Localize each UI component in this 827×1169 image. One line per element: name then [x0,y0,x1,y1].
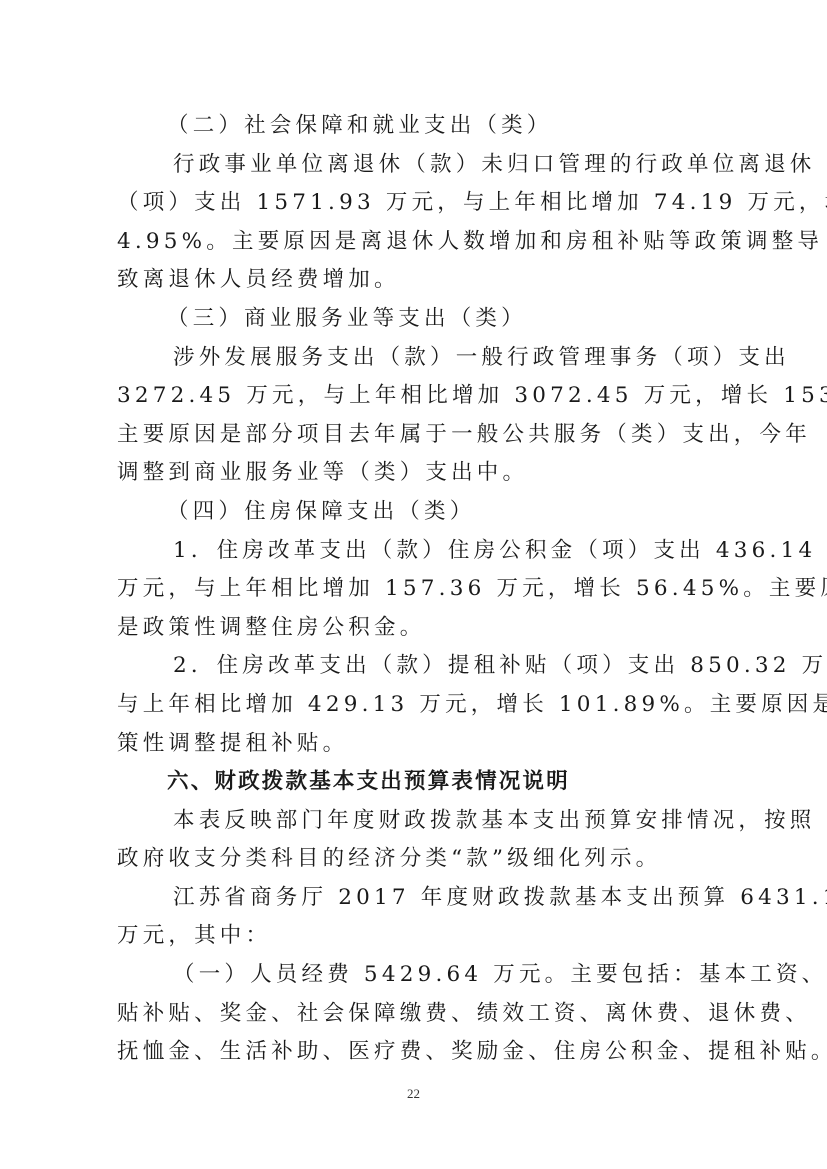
paragraph-line: 政府收支分类科目的经济分类“款”级细化列示。 [117,840,711,879]
paragraph-line: 江苏省商务厅 2017 年度财政拨款基本支出预算 6431.12 [117,879,711,918]
paragraph-line: 抚恤金、生活补助、医疗费、奖励金、住房公积金、提租补贴。 [117,1033,711,1072]
paragraph-line: 万元，其中： [117,917,711,956]
paragraph-line: （项）支出 1571.93 万元，与上年相比增加 74.19 万元，增长 [117,184,711,223]
paragraph-line: 主要原因是部分项目去年属于一般公共服务（类）支出，今年 [117,416,711,455]
section-housing-security: （四）住房保障支出（类） 1．住房改革支出（款）住房公积金（项）支出 436.1… [117,493,711,763]
document-page: （二）社会保障和就业支出（类） 行政事业单位离退休（款）未归口管理的行政单位离退… [117,107,711,1072]
paragraph-line: 是政策性调整住房公积金。 [117,609,711,648]
page-number: 22 [0,1086,827,1102]
paragraph-line: 4.95%。主要原因是离退休人数增加和房租补贴等政策调整导 [117,223,711,262]
paragraph-line: 行政事业单位离退休（款）未归口管理的行政单位离退休 [117,146,711,185]
list-item-housing-fund: 1．住房改革支出（款）住房公积金（项）支出 436.14 万元，与上年相比增加 … [117,532,711,648]
paragraph-line: 本表反映部门年度财政拨款基本支出预算安排情况，按照 [117,802,711,841]
paragraph-line: 2．住房改革支出（款）提租补贴（项）支出 850.32 万元， [117,647,711,686]
paragraph-line: 致离退休人员经费增加。 [117,261,711,300]
section-heading: （二）社会保障和就业支出（类） [117,107,711,146]
paragraph-line: 与上年相比增加 429.13 万元，增长 101.89%。主要原因是政 [117,686,711,725]
paragraph-line: 1．住房改革支出（款）住房公积金（项）支出 436.14 [117,532,711,571]
paragraph-line: 策性调整提租补贴。 [117,725,711,764]
paragraph-line: 调整到商业服务业等（类）支出中。 [117,454,711,493]
list-item-rent-subsidy: 2．住房改革支出（款）提租补贴（项）支出 850.32 万元， 与上年相比增加 … [117,647,711,763]
section-heading: （三）商业服务业等支出（类） [117,300,711,339]
paragraph-line: 3272.45 万元，与上年相比增加 3072.45 万元，增长 1536.23… [117,377,711,416]
paragraph-line: （一）人员经费 5429.64 万元。主要包括：基本工资、津 [117,956,711,995]
chapter-basic-expenditure: 六、财政拨款基本支出预算表情况说明 本表反映部门年度财政拨款基本支出预算安排情况… [117,763,711,1072]
paragraph-line: 贴补贴、奖金、社会保障缴费、绩效工资、离休费、退休费、 [117,995,711,1034]
paragraph-line: 涉外发展服务支出（款）一般行政管理事务（项）支出 [117,339,711,378]
paragraph-line: 万元，与上年相比增加 157.36 万元，增长 56.45%。主要原因 [117,570,711,609]
section-social-security: （二）社会保障和就业支出（类） 行政事业单位离退休（款）未归口管理的行政单位离退… [117,107,711,300]
section-heading: （四）住房保障支出（类） [117,493,711,532]
section-commerce-services: （三）商业服务业等支出（类） 涉外发展服务支出（款）一般行政管理事务（项）支出 … [117,300,711,493]
chapter-heading: 六、财政拨款基本支出预算表情况说明 [117,763,711,802]
